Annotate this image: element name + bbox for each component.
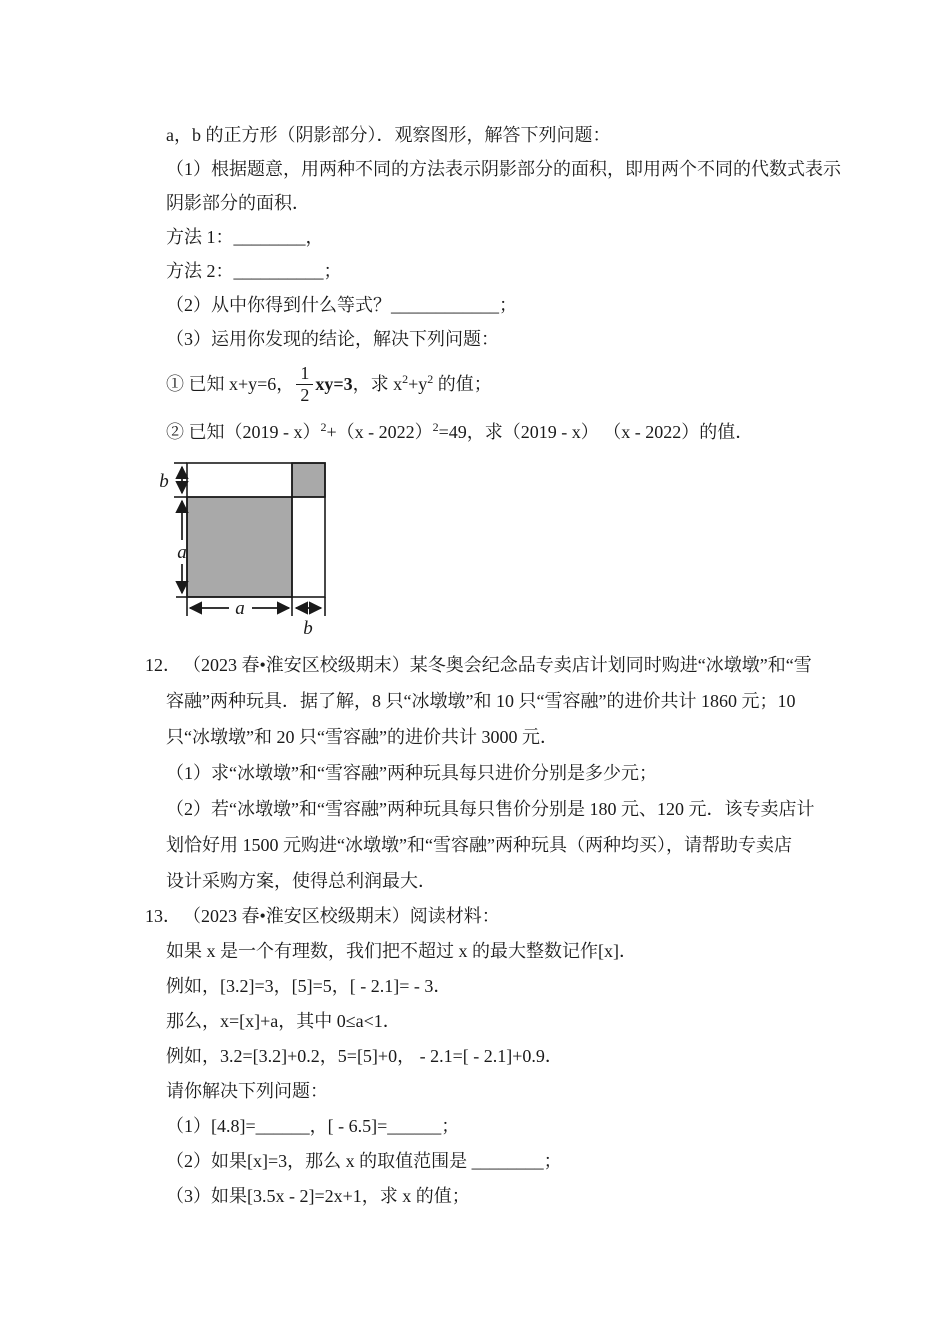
problem11-sub1: ① 已知 x+y=6，12xy=3，求 x2+y2 的值；: [166, 356, 950, 412]
problem11-sub2: ② 已知（2019 - x）2+（x - 2022）2=49，求（2019 - …: [166, 412, 950, 452]
problem13-material-line2: 例如，[3.2]=3，[5]=5，[ - 2.1]= - 3．: [166, 969, 950, 1004]
problem11-method2-blank: 方法 2：__________；: [166, 254, 950, 288]
problem11-q1-line1: （1）根据题意，用两种不同的方法表示阴影部分的面积，即用两个不同的代数式表示: [166, 152, 950, 186]
problem11-q3: （3）运用你发现的结论，解决下列问题：: [166, 322, 950, 356]
sub1-text-mid: ，求 x: [353, 374, 403, 394]
problem-13: 13．（2023 春•淮安区校级期末）阅读材料： 如果 x 是一个有理数，我们把…: [0, 899, 950, 1214]
problem12-line1: 12．（2023 春•淮安区校级期末）某冬奥会纪念品专卖店计划同时购进“冰墩墩”…: [145, 647, 950, 683]
problem12-q2-line3: 设计采购方案，使得总利润最大．: [166, 863, 950, 899]
problem12-line1-text: （2023 春•淮安区校级期末）某冬奥会纪念品专卖店计划同时购进“冰墩墩”和“雪: [183, 655, 812, 675]
fraction-numerator: 1: [296, 363, 313, 385]
problem13-line1-text: （2023 春•淮安区校级期末）阅读材料：: [183, 906, 500, 926]
problem13-number: 13．: [145, 899, 183, 934]
problem11-q2-blank: （2）从中你得到什么等式？____________；: [166, 288, 950, 322]
problem12-q2-line1: （2）若“冰墩墩”和“雪容融”两种玩具每只售价分别是 180 元、120 元．该…: [166, 791, 950, 827]
problem13-material-line1: 如果 x 是一个有理数，我们把不超过 x 的最大整数记作[x]．: [166, 934, 950, 969]
problem13-material-line4: 例如，3.2=[3.2]+0.2，5=[5]+0， - 2.1=[ - 2.1]…: [166, 1039, 950, 1074]
figure-label-b-left: b: [159, 471, 169, 492]
problem12-q1: （1）求“冰墩墩”和“雪容融”两种玩具每只进价分别是多少元；: [166, 755, 950, 791]
problem12-number: 12．: [145, 647, 183, 683]
shaded-square-small-b: [292, 463, 325, 497]
sub2-text-2: =49，求（2019 - x） （x - 2022）的值．: [439, 422, 754, 442]
document-page: a，b 的正方形（阴影部分）．观察图形，解答下列问题： （1）根据题意，用两种不…: [0, 0, 950, 1344]
problem12-line3: 只“冰墩墩”和 20 只“雪容融”的进价共计 3000 元．: [166, 719, 950, 755]
problem-12: 12．（2023 春•淮安区校级期末）某冬奥会纪念品专卖店计划同时购进“冰墩墩”…: [0, 647, 950, 899]
problem12-line2: 容融”两种玩具．据了解，8 只“冰墩墩”和 10 只“雪容融”的进价共计 186…: [166, 683, 950, 719]
problem13-material-line3: 那么，x=[x]+a，其中 0≤a<1．: [166, 1004, 950, 1039]
sub1-text-bold: xy=3: [315, 374, 352, 394]
fraction-denominator: 2: [296, 385, 313, 406]
figure-label-b-bottom: b: [303, 618, 313, 639]
sub1-text-mid2: +y: [408, 374, 427, 394]
problem13-line1: 13．（2023 春•淮安区校级期末）阅读材料：: [145, 899, 950, 934]
problem11-intro: a，b 的正方形（阴影部分）．观察图形，解答下列问题：: [166, 118, 950, 152]
problem11-method1-blank: 方法 1：________，: [166, 220, 950, 254]
problem13-prompt: 请你解决下列问题：: [166, 1074, 950, 1109]
fraction-one-half: 12: [296, 363, 313, 405]
figure-label-a-left: a: [177, 542, 187, 563]
sub2-text-1: +（x - 2022）: [327, 422, 433, 442]
problem11-q1-line2: 阴影部分的面积．: [166, 186, 950, 220]
problem13-q1-blank: （1）[4.8]=______，[ - 6.5]=______；: [166, 1109, 950, 1144]
problem13-q3: （3）如果[3.5x - 2]=2x+1，求 x 的值；: [166, 1179, 950, 1214]
problem12-q2-line2: 划恰好用 1500 元购进“冰墩墩”和“雪容融”两种玩具（两种均买），请帮助专卖…: [166, 827, 950, 863]
figure-svg: b a a b: [155, 452, 365, 647]
problem13-q2-blank: （2）如果[x]=3，那么 x 的取值范围是 ________；: [166, 1144, 950, 1179]
shaded-square-large-a: [187, 497, 292, 597]
sub2-text-0: ② 已知（2019 - x）: [166, 422, 321, 442]
sub1-text-post: 的值；: [433, 374, 492, 394]
sub1-text-pre: ① 已知 x+y=6，: [166, 374, 294, 394]
problem11-figure: b a a b: [155, 452, 365, 647]
figure-label-a-bottom: a: [235, 598, 245, 619]
problem-11: a，b 的正方形（阴影部分）．观察图形，解答下列问题： （1）根据题意，用两种不…: [0, 118, 950, 647]
